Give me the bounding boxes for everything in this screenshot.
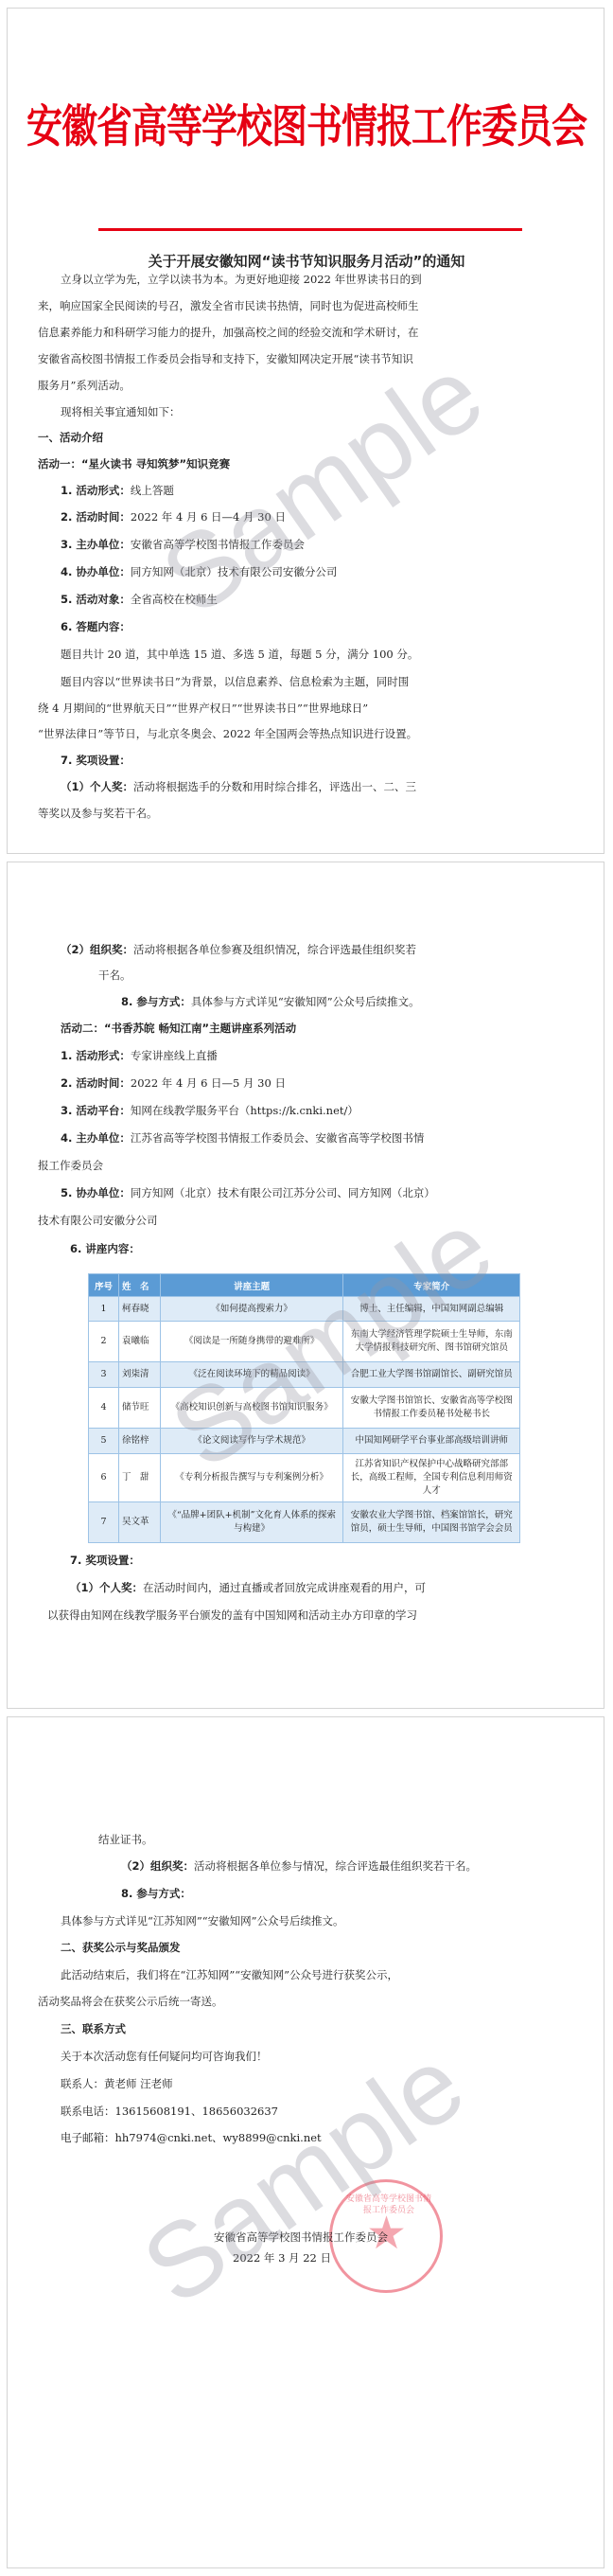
section-heading: 一、活动介绍: [38, 431, 103, 444]
detail-value: 同方知网（北京）技术有限公司江苏分公司、同方知网（北京）: [131, 1186, 435, 1199]
table-row: 2 袁曦临 《阅读是一所随身携带的避难所》 东南大学经济管理学院硕士生导师，东南…: [89, 1322, 520, 1362]
signature-org: 安徽省高等学校图书情报工作委员会: [214, 2230, 388, 2244]
cell-no: 4: [89, 1388, 119, 1429]
award-text: 以获得由知网在线教学服务平台颁发的盖有中国知网和活动主办方印章的学习: [47, 1608, 417, 1622]
award-text: 活动将根据选手的分数和用时综合排名，评选出一、二、三: [133, 780, 416, 793]
award-label: （1）个人奖：: [70, 1581, 143, 1594]
cell-topic: 《专利分析报告撰写与专利案例分析》: [160, 1454, 343, 1502]
cell-bio: 安徽农业大学图书馆、档案馆馆长，研究馆员，硕士生导师，中国图书馆学会会员: [343, 1502, 520, 1543]
award-text: 活动将根据各单位参赛及组织情况，综合评选最佳组织奖若: [133, 943, 416, 956]
lectures-heading: 6. 讲座内容：: [70, 1242, 140, 1255]
detail-item: 1. 活动形式：专家讲座线上直播: [61, 1049, 218, 1062]
lecture-table: 序号 姓 名 讲座主题 专家简介 1 柯春晓 《如何提高搜索力》 博士、主任编辑…: [88, 1273, 520, 1543]
cell-bio: 江苏省知识产权保护中心战略研究部部长，高级工程师，全国专利信息利用师资人才: [343, 1454, 520, 1502]
detail-label: 6. 答题内容：: [61, 620, 131, 633]
detail-value: 2022 年 4 月 6 日—5 月 30 日: [131, 1076, 286, 1090]
detail-item: 5. 协办单位：同方知网（北京）技术有限公司江苏分公司、同方知网（北京）: [61, 1186, 435, 1199]
awards-heading: 7. 奖项设置：: [70, 1554, 140, 1567]
cell-name: 袁曦临: [118, 1322, 160, 1362]
table-row: 4 储节旺 《高校知识创新与高校图书馆知识服务》 安徽大学图书馆馆长、安徽省高等…: [89, 1388, 520, 1429]
participation-label: 8. 参与方式：: [121, 1887, 191, 1900]
cell-topic: 《“品牌+团队+机制”文化育人体系的探索与构建》: [160, 1502, 343, 1543]
contact-person: 联系人：黄老师 汪老师: [61, 2077, 173, 2090]
intro-line: 信息素养能力和科研学习能力的提升，加强高校之间的经验交流和学术研讨，在: [38, 326, 419, 339]
document-page-2: （2）组织奖：活动将根据各单位参赛及组织情况，综合评选最佳组织奖若 干名。 8.…: [7, 862, 604, 1709]
content-line: 题目内容以“世界读书日”为背景，以信息素养、信息检索为主题，同时围: [61, 675, 409, 688]
red-divider: [98, 228, 522, 231]
table-row: 3 刘柒清 《泛在阅读环境下的精品阅读》 合肥工业大学图书馆副馆长、副研究馆员: [89, 1362, 520, 1388]
table-row: 1 柯春晓 《如何提高搜索力》 博士、主任编辑，中国知网副总编辑: [89, 1297, 520, 1322]
detail-item: 4. 主办单位：江苏省高等学校图书情报工作委员会、安徽省高等学校图书情: [61, 1131, 424, 1145]
cell-name: 刘柒清: [118, 1362, 160, 1388]
cell-topic: 《高校知识创新与高校图书馆知识服务》: [160, 1388, 343, 1429]
award-individual: （1）个人奖：在活动时间内，通过直播或者回放完成讲座观看的用户，可: [70, 1581, 426, 1594]
section2-line: 此活动结束后，我们将在“江苏知网”“安徽知网”公众号进行获奖公示，: [61, 1968, 398, 1981]
cell-no: 7: [89, 1502, 119, 1543]
document-title: 关于开展安徽知网“读书节知识服务月活动”的通知: [8, 251, 604, 271]
col-header-no: 序号: [89, 1274, 119, 1297]
award-label: （1）个人奖：: [61, 780, 133, 793]
detail-item: 3. 主办单位：安徽省高等学校图书情报工作委员会: [61, 538, 305, 551]
detail-item: 1. 活动形式：线上答题: [61, 484, 174, 497]
award-text: 活动将根据各单位参与情况，综合评选最佳组织奖若干名。: [194, 1859, 477, 1873]
contact-phone: 联系电话：13615608191、18656032637: [61, 2105, 278, 2118]
table-row: 5 徐铭梓 《论文阅读写作与学术规范》 中国知网研学平台事业部高级培训讲师: [89, 1429, 520, 1454]
col-header-bio: 专家简介: [343, 1274, 520, 1297]
detail-label: 2. 活动时间：: [61, 510, 131, 524]
detail-item: 5. 活动对象：全省高校在校师生: [61, 593, 218, 606]
cell-name: 储节旺: [118, 1388, 160, 1429]
platform-link[interactable]: 知网在线教学服务平台（https://k.cnki.net/）: [131, 1104, 359, 1117]
detail-item: 4. 协办单位：同方知网（北京）技术有限公司安徽分公司: [61, 565, 337, 578]
detail-item: 6. 答题内容：: [61, 620, 131, 633]
awards-heading: 7. 奖项设置：: [61, 754, 131, 767]
col-header-topic: 讲座主题: [160, 1274, 343, 1297]
intro-line: 立身以立学为先，立学以读书为本。为更好地迎接 2022 年世界读书日的到: [61, 273, 422, 286]
participation-value: 具体参与方式详见“安徽知网”公众号后续推文。: [191, 995, 420, 1008]
detail-value: 专家讲座线上直播: [131, 1049, 218, 1062]
table-header-row: 序号 姓 名 讲座主题 专家简介: [89, 1274, 520, 1297]
participation-label: 8. 参与方式：: [121, 995, 191, 1008]
contact-intro: 关于本次活动您有任何疑问均可咨询我们！: [61, 2050, 268, 2063]
cell-topic: 《如何提高搜索力》: [160, 1297, 343, 1322]
cell-no: 3: [89, 1362, 119, 1388]
sample-watermark: Sample: [121, 2022, 485, 2328]
document-page-1: 安徽省高等学校图书情报工作委员会 关于开展安徽知网“读书节知识服务月活动”的通知…: [7, 8, 604, 854]
cell-bio: 中国知网研学平台事业部高级培训讲师: [343, 1429, 520, 1454]
detail-label: 5. 活动对象：: [61, 593, 131, 606]
participation: 8. 参与方式：具体参与方式详见“安徽知网”公众号后续推文。: [121, 995, 420, 1008]
award-text: 在活动时间内，通过直播或者回放完成讲座观看的用户，可: [143, 1581, 426, 1594]
activity-heading: 活动二：“书香苏皖 畅知江南”主题讲座系列活动: [61, 1022, 296, 1035]
detail-value: 同方知网（北京）技术有限公司安徽分公司: [131, 565, 338, 578]
award-text: 结业证书。: [98, 1833, 153, 1846]
detail-value: 安徽省高等学校图书情报工作委员会: [131, 538, 305, 551]
award-text: 干名。: [98, 968, 131, 982]
detail-value: 线上答题: [131, 484, 174, 497]
award-label: （2）组织奖：: [121, 1859, 194, 1873]
award-organization: （2）组织奖：活动将根据各单位参赛及组织情况，综合评选最佳组织奖若: [61, 943, 416, 956]
award-individual: （1）个人奖：活动将根据选手的分数和用时综合排名，评选出一、二、三: [61, 780, 416, 793]
intro-line: 服务月”系列活动。: [38, 379, 131, 392]
cell-bio: 合肥工业大学图书馆副馆长、副研究馆员: [343, 1362, 520, 1388]
contact-email[interactable]: 电子邮箱：hh7974@cnki.net、wy8899@cnki.net: [61, 2131, 322, 2144]
detail-value: 技术有限公司安徽分公司: [38, 1214, 158, 1227]
detail-item: 2. 活动时间：2022 年 4 月 6 日—4 月 30 日: [61, 510, 286, 524]
section2-line: 活动奖品将会在获奖公示后统一寄送。: [38, 1995, 223, 2008]
cell-topic: 《论文阅读写作与学术规范》: [160, 1429, 343, 1454]
detail-label: 1. 活动形式：: [61, 484, 131, 497]
table-row: 7 吴文革 《“品牌+团队+机制”文化育人体系的探索与构建》 安徽农业大学图书馆…: [89, 1502, 520, 1543]
detail-label: 1. 活动形式：: [61, 1049, 131, 1062]
section-heading: 三、联系方式: [61, 2022, 126, 2035]
cell-no: 1: [89, 1297, 119, 1322]
content-line: “世界法律日”等节日，与北京冬奥会、2022 年全国两会等热点知识进行设置。: [38, 727, 417, 740]
detail-item: 3. 活动平台：知网在线教学服务平台（https://k.cnki.net/）: [61, 1104, 359, 1117]
section-heading: 二、获奖公示与奖品颁发: [61, 1941, 181, 1954]
cell-bio: 安徽大学图书馆馆长、安徽省高等学校图书情报工作委员秘书处秘书长: [343, 1388, 520, 1429]
intro-line: 安徽省高校图书情报工作委员会指导和支持下，安徽知网决定开展“读书节知识: [38, 352, 413, 365]
detail-value: 报工作委员会: [38, 1159, 103, 1172]
participation-value: 具体参与方式详见“江苏知网”“安徽知网”公众号后续推文。: [61, 1914, 344, 1928]
cell-no: 5: [89, 1429, 119, 1454]
detail-label: 2. 活动时间：: [61, 1076, 131, 1090]
cell-bio: 东南大学经济管理学院硕士生导师，东南大学情报科技研究所、图书馆研究馆员: [343, 1322, 520, 1362]
activity-heading: 活动一：“星火读书 寻知筑梦”知识竞赛: [38, 457, 230, 471]
masthead: 安徽省高等学校图书情报工作委员会: [8, 90, 604, 155]
cell-no: 6: [89, 1454, 119, 1502]
document-page-3: 结业证书。 （2）组织奖：活动将根据各单位参与情况，综合评选最佳组织奖若干名。 …: [7, 1716, 604, 2568]
col-header-name: 姓 名: [118, 1274, 160, 1297]
table-row: 6 丁 甜 《专利分析报告撰写与专利案例分析》 江苏省知识产权保护中心战略研究部…: [89, 1454, 520, 1502]
notice-line: 现将相关事宜通知如下：: [61, 405, 181, 418]
award-label: （2）组织奖：: [61, 943, 133, 956]
detail-item: 2. 活动时间：2022 年 4 月 6 日—5 月 30 日: [61, 1076, 286, 1090]
detail-value: 江苏省高等学校图书情报工作委员会、安徽省高等学校图书情: [131, 1131, 425, 1145]
content-line: 绕 4 月期间的“世界航天日”“世界产权日”“世界读书日”“世界地球日”: [38, 702, 368, 715]
cell-topic: 《泛在阅读环境下的精品阅读》: [160, 1362, 343, 1388]
intro-line: 来，响应国家全民阅读的号召，激发全省市民读书热情，同时也为促进高校师生: [38, 299, 419, 312]
cell-name: 丁 甜: [118, 1454, 160, 1502]
detail-label: 4. 协办单位：: [61, 565, 131, 578]
detail-label: 3. 活动平台：: [61, 1104, 131, 1117]
signature-date: 2022 年 3 月 22 日: [233, 2251, 331, 2265]
cell-no: 2: [89, 1322, 119, 1362]
content-line: 题目共计 20 道，其中单选 15 道、多选 5 道，每题 5 分，满分 100…: [61, 648, 418, 661]
cell-bio: 博士、主任编辑，中国知网副总编辑: [343, 1297, 520, 1322]
cell-topic: 《阅读是一所随身携带的避难所》: [160, 1322, 343, 1362]
detail-label: 3. 主办单位：: [61, 538, 131, 551]
cell-name: 柯春晓: [118, 1297, 160, 1322]
detail-label: 4. 主办单位：: [61, 1131, 131, 1145]
detail-label: 5. 协办单位：: [61, 1186, 131, 1199]
award-organization: （2）组织奖：活动将根据各单位参与情况，综合评选最佳组织奖若干名。: [121, 1859, 477, 1873]
cell-name: 徐铭梓: [118, 1429, 160, 1454]
award-text: 等奖以及参与奖若干名。: [38, 807, 158, 820]
cell-name: 吴文革: [118, 1502, 160, 1543]
detail-value: 全省高校在校师生: [131, 593, 218, 606]
detail-value: 2022 年 4 月 6 日—4 月 30 日: [131, 510, 286, 524]
